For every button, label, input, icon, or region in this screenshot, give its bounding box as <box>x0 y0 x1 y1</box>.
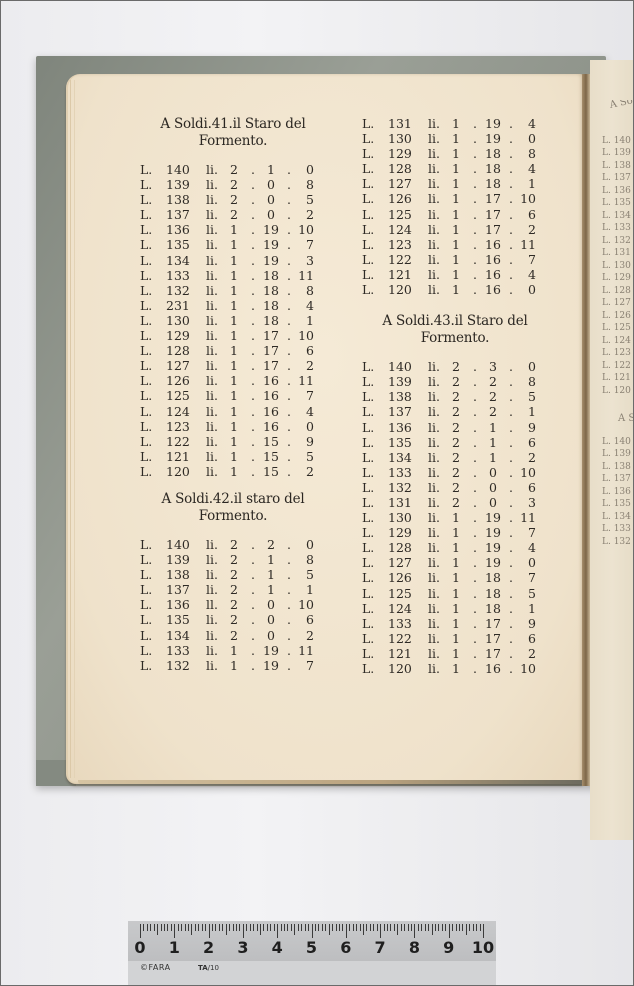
lire-value: 2 <box>452 480 470 495</box>
separator: . <box>284 582 294 597</box>
row-number: 133 <box>166 268 206 283</box>
price-table-42-part2: L.131li.1.19.4L.130li.1.19.0L.129li.1.18… <box>362 116 536 297</box>
ruler-tick <box>281 924 282 931</box>
row-label: L. <box>140 419 166 434</box>
soldi-value: 2 <box>480 374 506 389</box>
ruler-tick <box>294 924 295 935</box>
soldi-value: 18 <box>480 176 506 191</box>
row-label: L. <box>362 116 388 131</box>
soldi-value: 15 <box>258 434 284 449</box>
table-row: L.132li.2.0.6 <box>362 480 536 495</box>
ruler-tick <box>356 924 357 931</box>
row-label: L. <box>140 552 166 567</box>
ruler-tick <box>315 924 316 931</box>
lire-value: 2 <box>452 420 470 435</box>
separator: . <box>284 419 294 434</box>
ruler-tick <box>329 924 330 935</box>
separator: . <box>284 298 294 313</box>
facing-row-label: L. 122 <box>596 360 634 373</box>
soldi-value: 18 <box>258 283 284 298</box>
lire-abbrev: li. <box>428 131 452 146</box>
ruler-tick <box>284 924 285 931</box>
lire-abbrev: li. <box>428 510 452 525</box>
ruler-tick <box>212 924 213 931</box>
ruler-number: 1 <box>169 938 180 957</box>
row-number: 128 <box>388 161 428 176</box>
scale-ruler: 012345678910 ©FARA TA/10 <box>128 921 496 986</box>
separator: . <box>506 176 516 191</box>
soldi-value: 19 <box>480 525 506 540</box>
row-number: 133 <box>166 643 206 658</box>
separator: . <box>248 537 258 552</box>
row-number: 128 <box>166 343 206 358</box>
lire-value: 1 <box>452 282 470 297</box>
row-label: L. <box>362 374 388 389</box>
separator: . <box>506 267 516 282</box>
row-number: 137 <box>388 404 428 419</box>
table-row: L.131li.2.0.3 <box>362 495 536 510</box>
separator: . <box>506 510 516 525</box>
ruler-tick <box>253 924 254 931</box>
lire-abbrev: li. <box>206 567 230 582</box>
heading-line: A Soldi.42.il staro del <box>161 491 304 507</box>
lire-abbrev: li. <box>206 283 230 298</box>
separator: . <box>284 643 294 658</box>
table-row: L.121li.1.16.4 <box>362 267 536 282</box>
lire-abbrev: li. <box>206 373 230 388</box>
row-number: 120 <box>166 464 206 479</box>
separator: . <box>248 298 258 313</box>
separator: . <box>506 207 516 222</box>
lire-value: 1 <box>452 176 470 191</box>
row-number: 131 <box>388 116 428 131</box>
row-label: L. <box>362 495 388 510</box>
separator: . <box>284 434 294 449</box>
table-row: L.125li.1.18.5 <box>362 586 536 601</box>
separator: . <box>506 631 516 646</box>
lire-abbrev: ll. <box>206 597 230 612</box>
denari-value: 8 <box>294 552 314 567</box>
lire-value: 1 <box>230 358 248 373</box>
ruler-tick <box>274 924 275 931</box>
soldi-value: 2 <box>480 389 506 404</box>
row-number: 135 <box>388 435 428 450</box>
denari-value: 2 <box>516 222 536 237</box>
ruler-tick <box>191 924 192 935</box>
lire-value: 1 <box>452 161 470 176</box>
separator: . <box>248 177 258 192</box>
separator: . <box>284 283 294 298</box>
soldi-value: 16 <box>480 252 506 267</box>
denari-value: 8 <box>294 283 314 298</box>
table-row: L.134li.2.1.2 <box>362 450 536 465</box>
table-row: L.128li.1.17.6 <box>140 343 314 358</box>
denari-value: 5 <box>294 192 314 207</box>
denari-value: 4 <box>516 540 536 555</box>
ruler-tick <box>452 924 453 931</box>
separator: . <box>506 450 516 465</box>
ruler-number: 9 <box>443 938 454 957</box>
soldi-value: 1 <box>258 567 284 582</box>
lire-abbrev: li. <box>428 222 452 237</box>
soldi-value: 18 <box>480 161 506 176</box>
facing-row-label: L. 127 <box>596 297 634 310</box>
heading-line: Formento. <box>140 508 326 525</box>
ruler-tick <box>267 924 268 931</box>
separator: . <box>506 555 516 570</box>
soldi-value: 0 <box>480 465 506 480</box>
table-row: L.122li.1.15.9 <box>140 434 314 449</box>
table-row: L.127li.1.19.0 <box>362 555 536 570</box>
separator: . <box>284 449 294 464</box>
ruler-tick <box>332 924 333 931</box>
ruler-tick <box>432 924 433 935</box>
lire-abbrev: li. <box>428 601 452 616</box>
separator: . <box>248 464 258 479</box>
lire-abbrev: li. <box>428 465 452 480</box>
ruler-tick <box>421 924 422 931</box>
table-row: L.139li.2.1.8 <box>140 552 314 567</box>
row-number: 124 <box>166 404 206 419</box>
row-label: L. <box>140 268 166 283</box>
price-table-42-part1: L.140li.2.2.0L.139li.2.1.8L.138li.2.1.5L… <box>140 537 314 673</box>
table-row: L.135li.2.0.6 <box>140 612 314 627</box>
ruler-tick <box>257 924 258 931</box>
lire-value: 1 <box>452 267 470 282</box>
table-row: L.120li.1.15.2 <box>140 464 314 479</box>
heading-line: Formento. <box>140 133 326 150</box>
soldi-value: 18 <box>480 570 506 585</box>
denari-value: 2 <box>294 358 314 373</box>
row-number: 125 <box>388 586 428 601</box>
row-number: 126 <box>388 570 428 585</box>
row-number: 231 <box>166 298 206 313</box>
row-label: L. <box>362 222 388 237</box>
table-row: L.122li.1.17.6 <box>362 631 536 646</box>
facing-page: A Sold L. 140L. 139L. 138L. 137L. 136L. … <box>590 60 634 840</box>
ruler-tick <box>236 924 237 931</box>
facing-row-label: L. 128 <box>596 285 634 298</box>
lire-value: 2 <box>230 537 248 552</box>
soldi-value: 2 <box>258 537 284 552</box>
facing-row-label: L. 121 <box>596 372 634 385</box>
separator: . <box>248 388 258 403</box>
ruler-tick <box>291 924 292 931</box>
table-row: L.135li.1.19.7 <box>140 237 314 252</box>
heading-line: Formento. <box>362 330 548 347</box>
table-row: L.133li.1.19.11 <box>140 643 314 658</box>
row-number: 139 <box>388 374 428 389</box>
row-label: L. <box>362 586 388 601</box>
table-row: L.127li.1.17.2 <box>140 358 314 373</box>
separator: . <box>506 389 516 404</box>
separator: . <box>470 374 480 389</box>
lire-value: 1 <box>230 298 248 313</box>
soldi-value: 19 <box>258 237 284 252</box>
table-row: L.133li.2.0.10 <box>362 465 536 480</box>
row-label: L. <box>140 434 166 449</box>
ruler-numbers: 012345678910 <box>128 938 496 958</box>
table-row: L.137li.2.2.1 <box>362 404 536 419</box>
denari-value: 4 <box>516 267 536 282</box>
separator: . <box>470 570 480 585</box>
facing-row-label: L. 129 <box>596 272 634 285</box>
separator: . <box>470 601 480 616</box>
separator: . <box>506 146 516 161</box>
lire-abbrev: li. <box>428 586 452 601</box>
lire-abbrev: li. <box>206 177 230 192</box>
ruler-scale-band: 012345678910 <box>128 921 496 961</box>
separator: . <box>470 555 480 570</box>
lire-abbrev: li. <box>206 449 230 464</box>
separator: . <box>470 404 480 419</box>
lire-value: 1 <box>230 313 248 328</box>
lire-abbrev: li. <box>428 207 452 222</box>
lire-abbrev: li. <box>428 435 452 450</box>
ruler-tick <box>404 924 405 931</box>
ruler-tick <box>418 924 419 931</box>
soldi-value: 19 <box>480 131 506 146</box>
row-number: 135 <box>166 237 206 252</box>
soldi-value: 17 <box>480 646 506 661</box>
table-row: L.129li.1.19.7 <box>362 525 536 540</box>
row-number: 127 <box>166 358 206 373</box>
denari-value: 10 <box>516 465 536 480</box>
facing-row-label: L. 140 <box>596 436 634 449</box>
ruler-number: 3 <box>237 938 248 957</box>
soldi-value: 19 <box>258 222 284 237</box>
soldi-value: 1 <box>480 435 506 450</box>
lire-value: 2 <box>230 207 248 222</box>
separator: . <box>248 313 258 328</box>
separator: . <box>506 359 516 374</box>
lire-value: 1 <box>452 586 470 601</box>
row-label: L. <box>362 525 388 540</box>
denari-value: 2 <box>294 207 314 222</box>
separator: . <box>506 601 516 616</box>
facing-row-label: L. 126 <box>596 310 634 323</box>
row-number: 124 <box>388 601 428 616</box>
table-row: L.133li.1.18.11 <box>140 268 314 283</box>
row-number: 126 <box>166 373 206 388</box>
soldi-value: 19 <box>480 116 506 131</box>
lire-abbrev: li. <box>206 404 230 419</box>
lire-abbrev: li. <box>428 161 452 176</box>
lire-abbrev: li. <box>428 282 452 297</box>
row-label: L. <box>140 328 166 343</box>
lire-value: 2 <box>230 597 248 612</box>
lire-abbrev: li. <box>428 495 452 510</box>
soldi-value: 1 <box>480 450 506 465</box>
row-label: L. <box>140 222 166 237</box>
ruler-tick <box>147 924 148 931</box>
denari-value: 2 <box>516 450 536 465</box>
lire-value: 1 <box>230 237 248 252</box>
separator: . <box>470 252 480 267</box>
ruler-tick <box>363 924 364 935</box>
row-number: 138 <box>166 567 206 582</box>
separator: . <box>506 586 516 601</box>
lire-abbrev: li. <box>206 298 230 313</box>
separator: . <box>248 162 258 177</box>
denari-value: 11 <box>516 237 536 252</box>
soldi-value: 18 <box>258 313 284 328</box>
lire-abbrev: li. <box>428 525 452 540</box>
denari-value: 1 <box>516 404 536 419</box>
lire-value: 1 <box>230 464 248 479</box>
denari-value: 7 <box>294 388 314 403</box>
separator: . <box>506 465 516 480</box>
separator: . <box>506 570 516 585</box>
separator: . <box>470 420 480 435</box>
soldi-value: 15 <box>258 449 284 464</box>
soldi-value: 17 <box>480 191 506 206</box>
separator: . <box>284 207 294 222</box>
lire-abbrev: li. <box>206 222 230 237</box>
lire-value: 1 <box>452 207 470 222</box>
separator: . <box>506 525 516 540</box>
row-label: L. <box>140 313 166 328</box>
lire-abbrev: li. <box>206 358 230 373</box>
lire-value: 1 <box>230 404 248 419</box>
separator: . <box>248 419 258 434</box>
separator: . <box>470 359 480 374</box>
ruler-tick <box>322 924 323 931</box>
denari-value: 11 <box>294 373 314 388</box>
ruler-tick <box>414 924 415 938</box>
separator: . <box>470 510 480 525</box>
ruler-number: 6 <box>340 938 351 957</box>
denari-value: 4 <box>516 161 536 176</box>
ruler-tick <box>462 924 463 931</box>
soldi-value: 0 <box>258 177 284 192</box>
table-row: L.134li.1.19.3 <box>140 253 314 268</box>
soldi-value: 16 <box>258 419 284 434</box>
lire-value: 1 <box>230 343 248 358</box>
row-number: 123 <box>388 237 428 252</box>
separator: . <box>248 237 258 252</box>
table-row: L.139li.2.2.8 <box>362 374 536 389</box>
row-number: 138 <box>166 192 206 207</box>
ruler-tick <box>411 924 412 931</box>
denari-value: 5 <box>516 586 536 601</box>
denari-value: 0 <box>516 131 536 146</box>
table-row: L.130li.1.19.11 <box>362 510 536 525</box>
separator: . <box>284 192 294 207</box>
ruler-tick <box>360 924 361 931</box>
soldi-value: 19 <box>480 510 506 525</box>
lire-value: 1 <box>452 646 470 661</box>
separator: . <box>470 661 480 676</box>
ruler-tick <box>154 924 155 931</box>
row-number: 122 <box>388 631 428 646</box>
price-table-41: L.140li.2.1.0L.139li.2.0.8L.138li.2.0.5L… <box>140 162 314 479</box>
row-number: 129 <box>388 146 428 161</box>
ruler-number: 5 <box>306 938 317 957</box>
row-label: L. <box>362 646 388 661</box>
denari-value: 1 <box>294 582 314 597</box>
row-label: L. <box>140 597 166 612</box>
separator: . <box>470 116 480 131</box>
separator: . <box>284 537 294 552</box>
heading-line: A Soldi.41.il Staro del <box>160 116 305 132</box>
lire-abbrev: li. <box>428 616 452 631</box>
separator: . <box>248 434 258 449</box>
row-label: L. <box>140 612 166 627</box>
ruler-tick <box>277 924 278 938</box>
row-number: 134 <box>166 253 206 268</box>
soldi-value: 19 <box>258 253 284 268</box>
denari-value: 4 <box>516 116 536 131</box>
separator: . <box>506 616 516 631</box>
lire-value: 1 <box>452 616 470 631</box>
denari-value: 2 <box>516 646 536 661</box>
ruler-model-suffix: /10 <box>208 964 219 972</box>
separator: . <box>470 389 480 404</box>
table-row: L.138li.2.2.5 <box>362 389 536 404</box>
denari-value: 0 <box>294 419 314 434</box>
denari-value: 11 <box>516 510 536 525</box>
ruler-tick <box>209 924 210 938</box>
row-number: 122 <box>166 434 206 449</box>
ruler-number: 4 <box>272 938 283 957</box>
denari-value: 7 <box>294 237 314 252</box>
book-gutter <box>582 74 590 786</box>
ruler-tick <box>181 924 182 931</box>
lire-value: 1 <box>452 555 470 570</box>
separator: . <box>248 192 258 207</box>
ruler-tick <box>342 924 343 931</box>
denari-value: 3 <box>516 495 536 510</box>
denari-value: 7 <box>516 252 536 267</box>
facing-row-label: L. 140 <box>596 135 634 148</box>
separator: . <box>506 404 516 419</box>
lire-abbrev: li. <box>206 628 230 643</box>
separator: . <box>506 116 516 131</box>
lire-value: 1 <box>452 237 470 252</box>
separator: . <box>248 658 258 673</box>
ruler-tick <box>250 924 251 931</box>
denari-value: 5 <box>294 449 314 464</box>
separator: . <box>506 131 516 146</box>
facing-row-label: L. 136 <box>596 486 634 499</box>
ruler-tick <box>373 924 374 931</box>
lire-value: 2 <box>230 192 248 207</box>
table-row: L.136li.2.1.9 <box>362 420 536 435</box>
row-number: 121 <box>388 267 428 282</box>
lire-abbrev: li. <box>428 420 452 435</box>
lire-abbrev: li. <box>428 267 452 282</box>
separator: . <box>284 388 294 403</box>
soldi-value: 18 <box>480 586 506 601</box>
ruler-tick <box>263 924 264 931</box>
separator: . <box>470 465 480 480</box>
row-label: L. <box>362 601 388 616</box>
separator: . <box>470 176 480 191</box>
heading-line: A Soldi.43.il Staro del <box>382 313 527 329</box>
row-label: L. <box>140 237 166 252</box>
lire-value: 2 <box>452 465 470 480</box>
ruler-tick <box>480 924 481 931</box>
lire-value: 2 <box>230 567 248 582</box>
row-number: 120 <box>388 661 428 676</box>
soldi-value: 0 <box>480 480 506 495</box>
table-row: L.126li.1.16.11 <box>140 373 314 388</box>
ruler-tick <box>366 924 367 931</box>
denari-value: 10 <box>294 222 314 237</box>
denari-value: 0 <box>294 162 314 177</box>
separator: . <box>470 586 480 601</box>
